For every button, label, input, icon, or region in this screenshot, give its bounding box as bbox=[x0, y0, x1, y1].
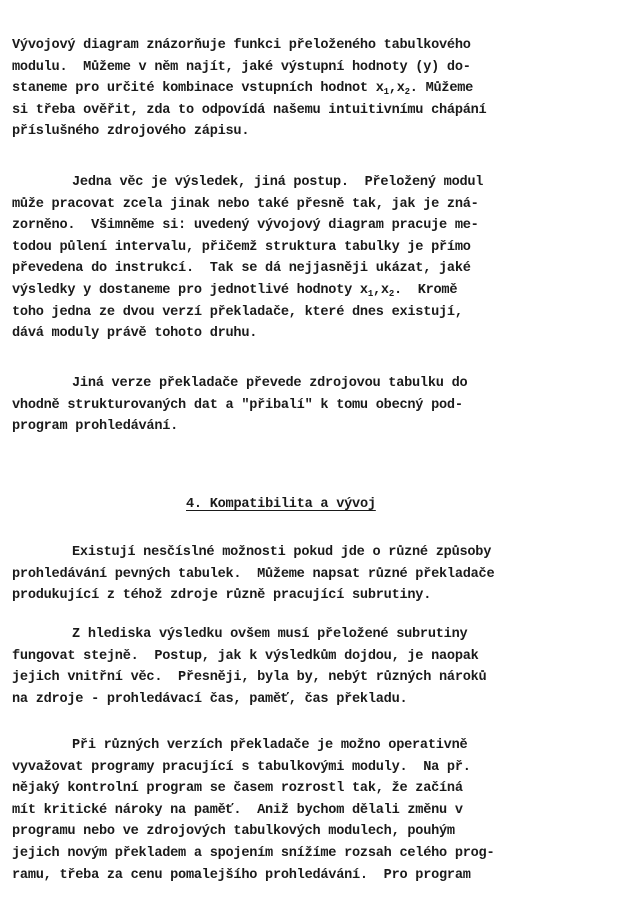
paragraph-2-line: může pracovat zcela jinak nebo také přes… bbox=[12, 197, 479, 213]
section-paragraph-2-line: na zdroje - prohledávací čas, paměť, čas… bbox=[12, 692, 407, 708]
paragraph-1-line: modulu. Můžeme v něm najít, jaké výstupn… bbox=[12, 60, 471, 76]
section-paragraph-1-line: prohledávání pevných tabulek. Můžeme nap… bbox=[12, 567, 494, 583]
paragraph-1-line: staneme pro určité kombinace vstupních h… bbox=[12, 81, 473, 97]
section-paragraph-3-line: mít kritické nároky na paměť. Aniž bycho… bbox=[12, 803, 463, 819]
paragraph-2-line: dává moduly právě tohoto druhu. bbox=[12, 326, 257, 342]
paragraph-1-line: příslušného zdrojového zápisu. bbox=[12, 124, 249, 140]
section-paragraph-3-line: ramu, třeba za cenu pomalejšího prohledá… bbox=[12, 868, 471, 884]
section-paragraph-3-line: nějaký kontrolní program se časem rozros… bbox=[12, 781, 463, 797]
section-paragraph-3-line: programu nebo ve zdrojových tabulkových … bbox=[12, 824, 455, 840]
section-paragraph-3-line: jejich novým překladem a spojením snížím… bbox=[12, 846, 494, 862]
paragraph-2-line: převedena do instrukcí. Tak se dá nejjas… bbox=[12, 261, 471, 277]
section-paragraph-1-line: Existují nesčíslné možnosti pokud jde o … bbox=[72, 545, 491, 561]
section-heading: 4. Kompatibilita a vývoj bbox=[186, 497, 376, 512]
section-paragraph-2-line: Z hlediska výsledku ovšem musí přeložené… bbox=[72, 627, 467, 643]
paragraph-2-line: zorněno. Všimněme si: uvedený vývojový d… bbox=[12, 218, 479, 234]
typewritten-page: Vývojový diagram znázorňuje funkci přelo… bbox=[0, 0, 623, 911]
section-paragraph-2-line: fungovat stejně. Postup, jak k výsledkům… bbox=[12, 649, 479, 665]
paragraph-3-line: vhodně strukturovaných dat a "přibalí" k… bbox=[12, 398, 463, 414]
paragraph-3-line: Jiná verze překladače převede zdrojovou … bbox=[72, 376, 467, 392]
paragraph-2-line: toho jedna ze dvou verzí překladače, kte… bbox=[12, 305, 463, 321]
paragraph-1-line: si třeba ověřit, zda to odpovídá našemu … bbox=[12, 103, 486, 119]
paragraph-2-line: Jedna věc je výsledek, jiná postup. Přel… bbox=[72, 175, 483, 191]
section-paragraph-3-line: Při různých verzích překladače je možno … bbox=[72, 738, 467, 754]
section-paragraph-2-line: jejich vnitřní věc. Přesněji, byla by, n… bbox=[12, 670, 486, 686]
paragraph-3-line: program prohledávání. bbox=[12, 419, 178, 435]
section-paragraph-1-line: produkující z téhož zdroje různě pracují… bbox=[12, 588, 431, 604]
paragraph-2-line: todou půlení intervalu, přičemž struktur… bbox=[12, 240, 471, 256]
section-paragraph-3-line: vyvažovat programy pracující s tabulkový… bbox=[12, 760, 471, 776]
paragraph-1-line: Vývojový diagram znázorňuje funkci přelo… bbox=[12, 38, 471, 54]
paragraph-2-line: výsledky y dostaneme pro jednotlivé hodn… bbox=[12, 283, 457, 299]
